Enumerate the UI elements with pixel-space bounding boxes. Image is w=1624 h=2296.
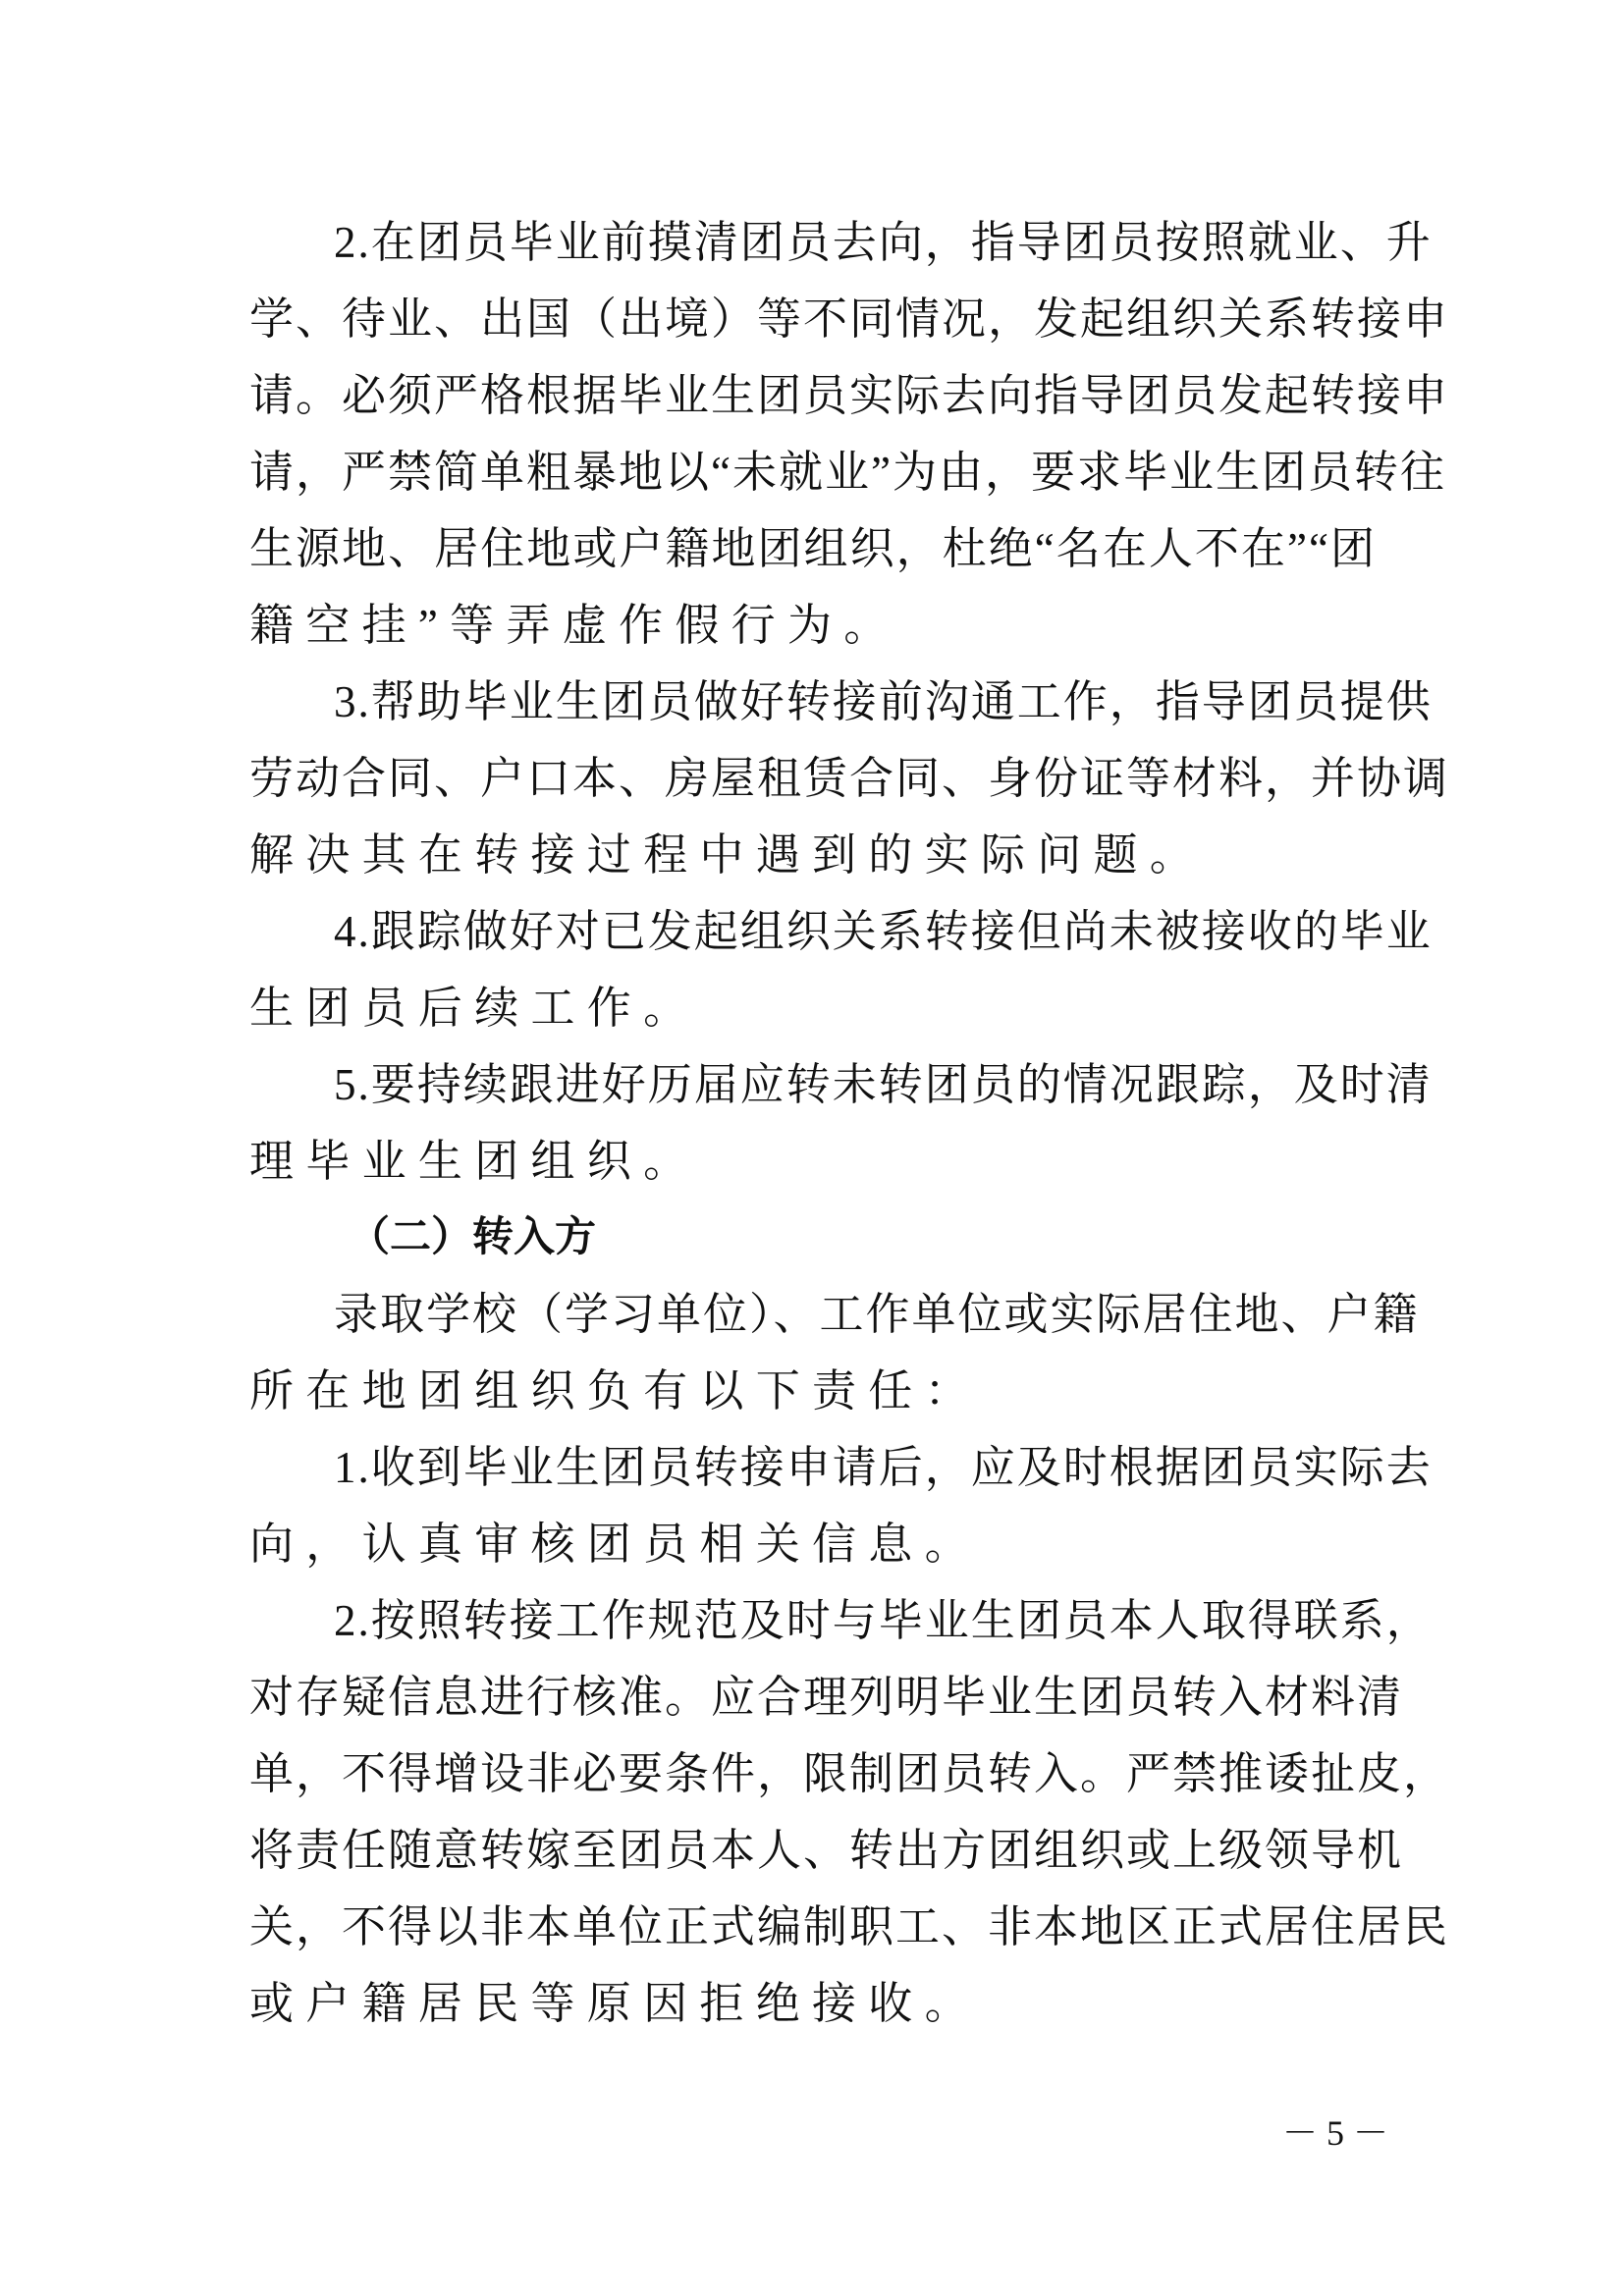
paragraph-item-2-graduation-direction: 2.在团员毕业前摸清团员去向，指导团员按照就业、升 学、待业、出国（出境）等不同… [249, 204, 1377, 664]
text-line: 单，不得增设非必要条件，限制团员转入。严禁推诿扯皮， [249, 1735, 1377, 1812]
text-line: 请。必须严格根据毕业生团员实际去向指导团员发起转接申 [249, 357, 1377, 434]
paragraph-item-5-cleanup: 5.要持续跟进好历届应转未转团员的情况跟踪，及时清 理毕业生团组织。 [249, 1046, 1377, 1200]
text-line: 3.帮助毕业生团员做好转接前沟通工作，指导团员提供 [249, 664, 1377, 740]
text-line: 学、待业、出国（出境）等不同情况，发起组织关系转接申 [249, 281, 1377, 357]
page-number: － 5 － [1282, 2110, 1388, 2156]
document-page: 2.在团员毕业前摸清团员去向，指导团员按照就业、升 学、待业、出国（出境）等不同… [0, 0, 1624, 2296]
text-line: 生团员后续工作。 [249, 970, 1377, 1046]
paragraph-item-3-communication: 3.帮助毕业生团员做好转接前沟通工作，指导团员提供 劳动合同、户口本、房屋租赁合… [249, 664, 1377, 893]
text-line: 将责任随意转嫁至团员本人、转出方团组织或上级领导机 [249, 1812, 1377, 1889]
text-line: 向，认真审核团员相关信息。 [249, 1506, 1377, 1582]
section-heading-receiving-side: （二）转入方 [249, 1200, 1377, 1276]
text-line: 劳动合同、户口本、房屋租赁合同、身份证等材料，并协调 [249, 740, 1377, 817]
text-line: 生源地、居住地或户籍地团组织，杜绝“名在人不在”“团 [249, 510, 1377, 587]
text-line: 理毕业生团组织。 [249, 1123, 1377, 1200]
text-line: 1.收到毕业生团员转接申请后，应及时根据团员实际去 [249, 1429, 1377, 1506]
paragraph-receiving-item-2: 2.按照转接工作规范及时与毕业生团员本人取得联系， 对存疑信息进行核准。应合理列… [249, 1582, 1377, 2042]
text-line: 关，不得以非本单位正式编制职工、非本地区正式居住居民 [249, 1889, 1377, 1965]
text-line: 2.按照转接工作规范及时与毕业生团员本人取得联系， [249, 1582, 1377, 1659]
text-line: 2.在团员毕业前摸清团员去向，指导团员按照就业、升 [249, 204, 1377, 281]
text-line: 或户籍居民等原因拒绝接收。 [249, 1965, 1377, 2042]
document-body: 2.在团员毕业前摸清团员去向，指导团员按照就业、升 学、待业、出国（出境）等不同… [249, 204, 1377, 2042]
text-line: 4.跟踪做好对已发起组织关系转接但尚未被接收的毕业 [249, 893, 1377, 970]
text-line: 所在地团组织负有以下责任： [249, 1353, 1377, 1429]
text-line: 籍空挂”等弄虚作假行为。 [249, 587, 1377, 664]
text-line: 5.要持续跟进好历届应转未转团员的情况跟踪，及时清 [249, 1046, 1377, 1123]
paragraph-receiving-item-1: 1.收到毕业生团员转接申请后，应及时根据团员实际去 向，认真审核团员相关信息。 [249, 1429, 1377, 1582]
text-line: 对存疑信息进行核准。应合理列明毕业生团员转入材料清 [249, 1659, 1377, 1735]
text-line: 请，严禁简单粗暴地以“未就业”为由，要求毕业生团员转往 [249, 434, 1377, 510]
section-heading: （二）转入方 [249, 1200, 1377, 1276]
text-line: 解决其在转接过程中遇到的实际问题。 [249, 817, 1377, 893]
paragraph-receiving-intro: 录取学校（学习单位）、工作单位或实际居住地、户籍 所在地团组织负有以下责任： [249, 1276, 1377, 1429]
paragraph-item-4-follow-up: 4.跟踪做好对已发起组织关系转接但尚未被接收的毕业 生团员后续工作。 [249, 893, 1377, 1046]
text-line: 录取学校（学习单位）、工作单位或实际居住地、户籍 [249, 1276, 1377, 1353]
